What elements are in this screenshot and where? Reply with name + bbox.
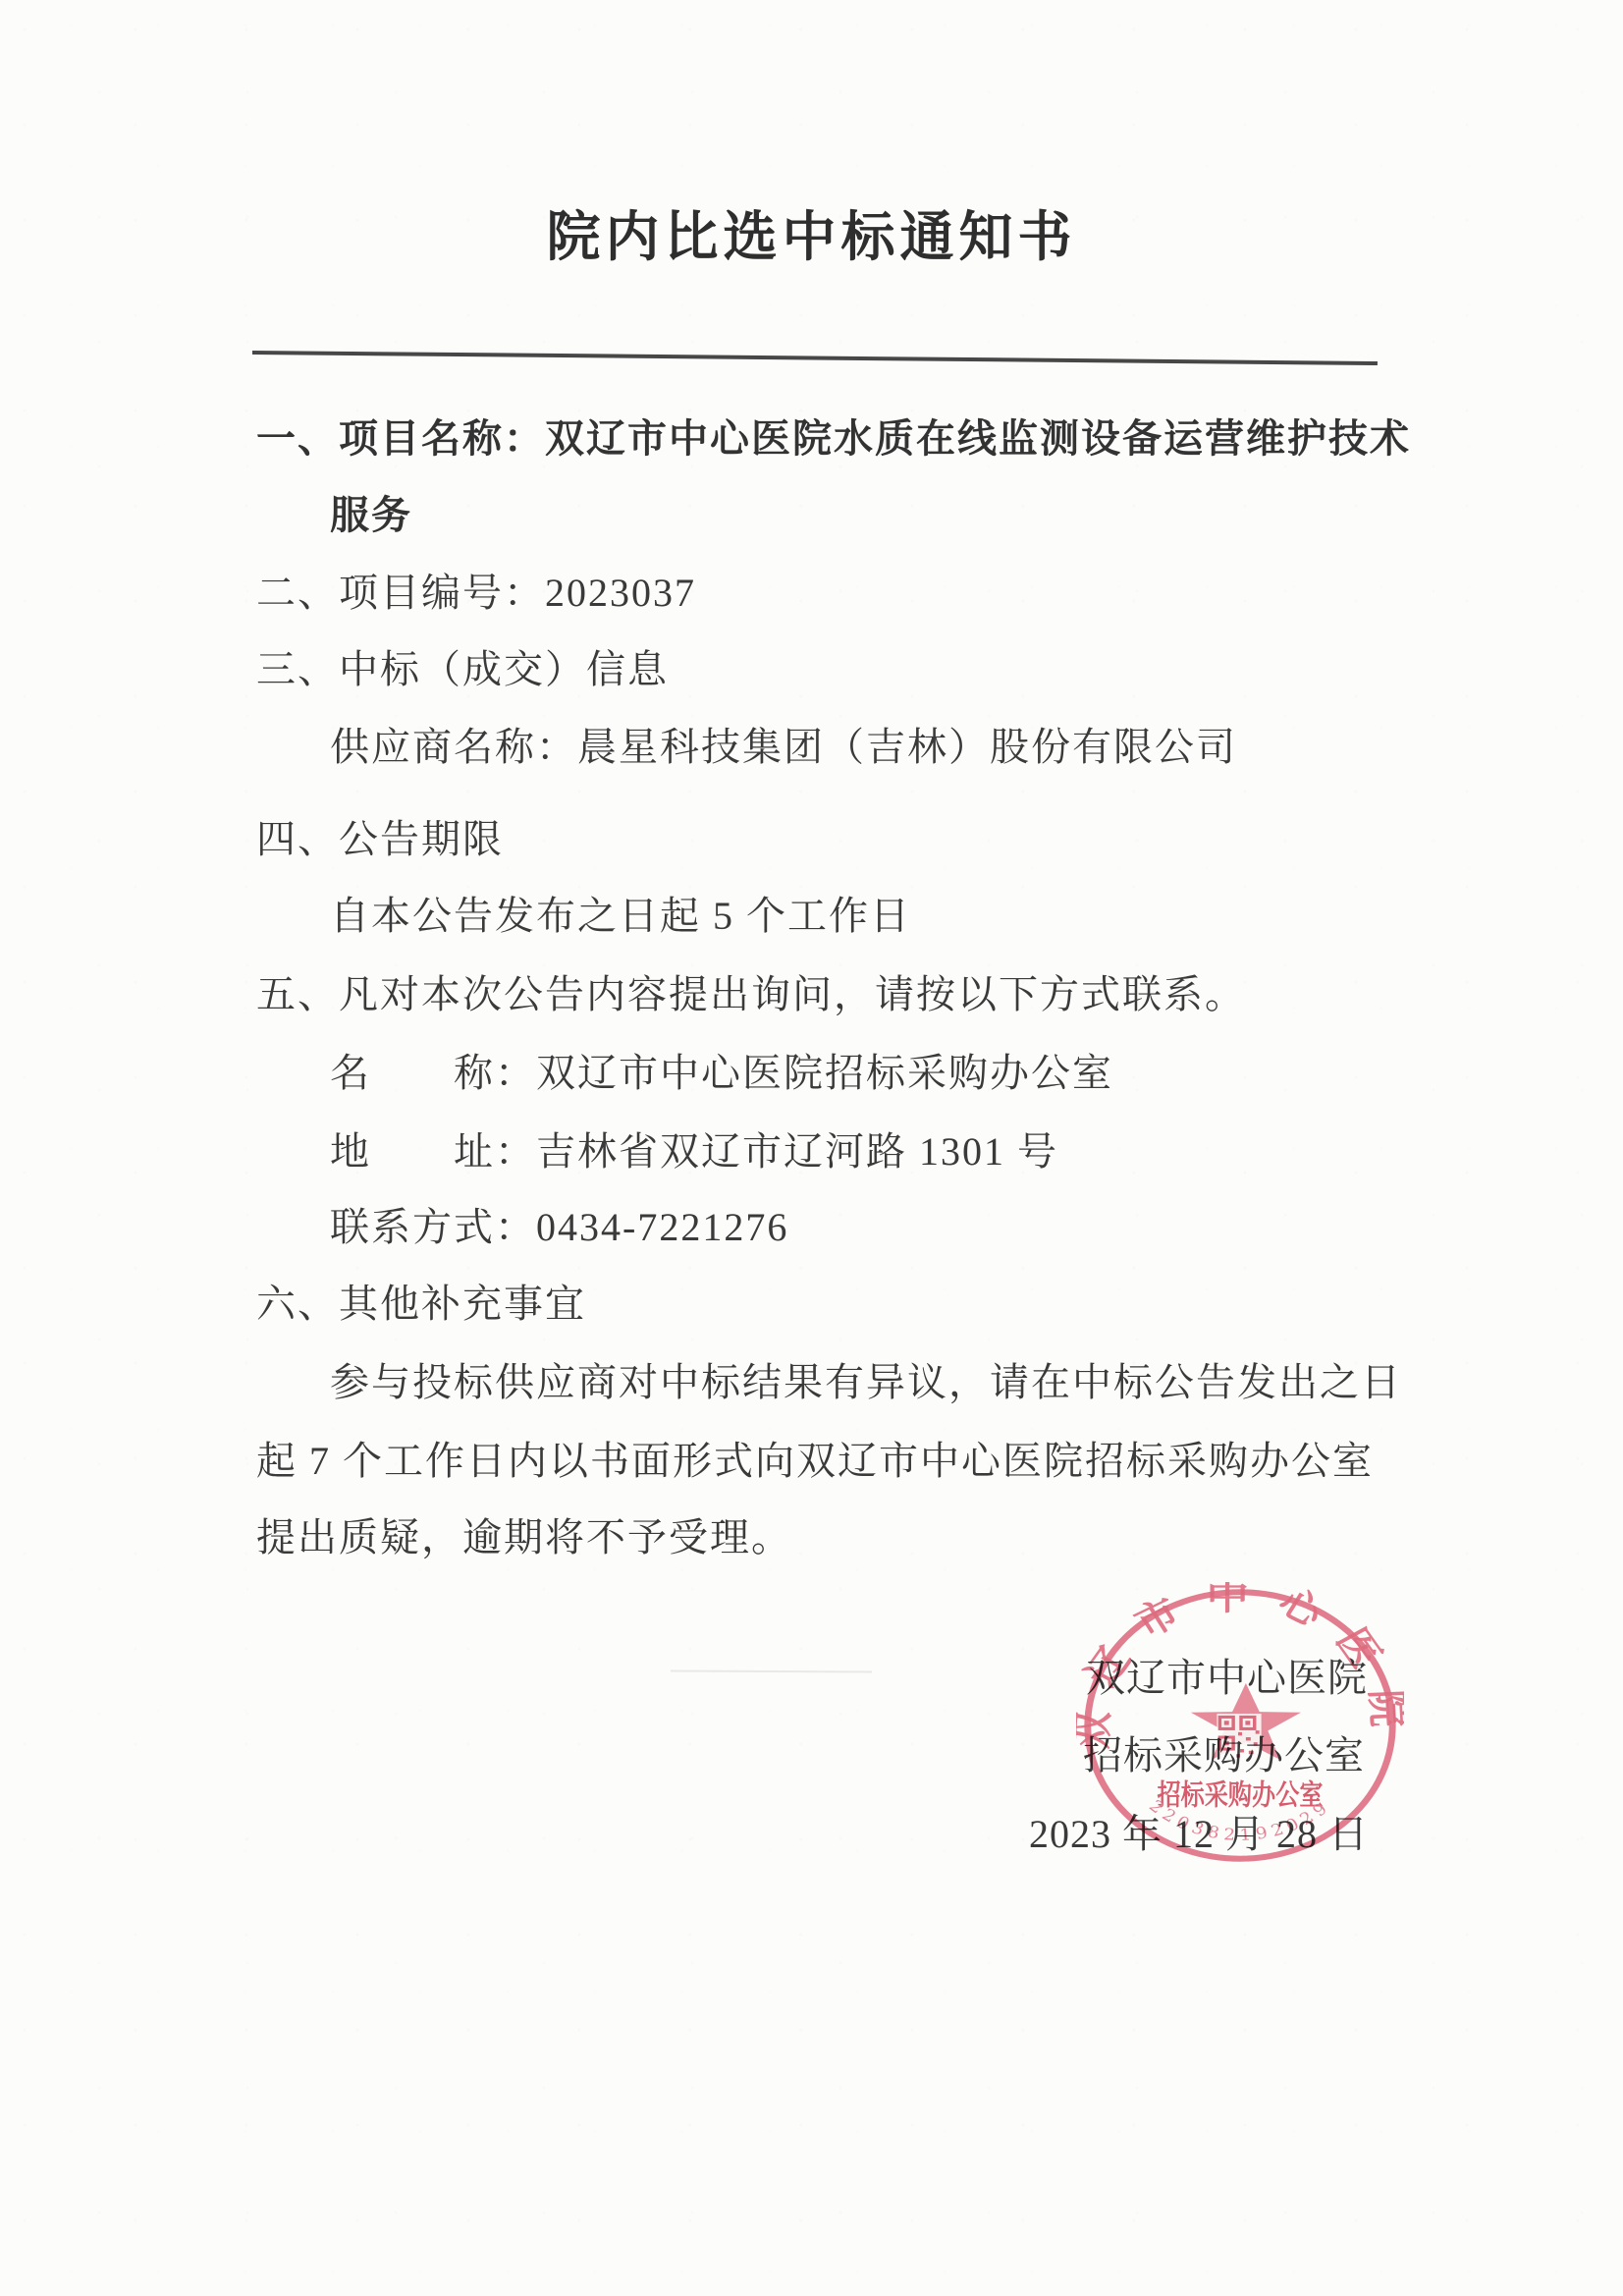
body-line: 二、项目编号：2023037: [256, 571, 696, 616]
body-line: 联系方式：0434-7221276: [330, 1205, 788, 1250]
body-line: 参与投标供应商对中标结果有异议，请在中标公告发出之日: [330, 1360, 1402, 1405]
body-line: 五、凡对本次公告内容提出询问，请按以下方式联系。: [256, 972, 1246, 1017]
document-title: 院内比选中标通知书: [0, 193, 1623, 271]
body-line: 名 称：双辽市中心医院招标采购办公室: [330, 1051, 1113, 1096]
official-seal-stamp: 双辽市中心医院 招标采购办公室 220382192029: [1076, 1582, 1404, 1869]
body-line: 自本公告发布之日起 5 个工作日: [330, 894, 911, 939]
scan-artifact-line: [671, 1669, 872, 1672]
body-line: 六、其他补充事宜: [256, 1282, 586, 1327]
body-line: 一、项目名称：双辽市中心医院水质在线监测设备运营维护技术: [256, 416, 1411, 462]
body-line: 供应商名称：晨星科技集团（吉林）股份有限公司: [330, 725, 1237, 770]
body-line: 四、公告期限: [256, 817, 504, 862]
seal-center-text: 招标采购办公室: [1158, 1779, 1324, 1812]
title-divider: [252, 351, 1378, 365]
body-line: 起 7 个工作日内以书面形式向双辽市中心医院招标采购办公室: [256, 1439, 1374, 1484]
document-page: 院内比选中标通知书 一、项目名称：双辽市中心医院水质在线监测设备运营维护技术 服…: [0, 0, 1623, 2296]
qr-code-icon: [1217, 1714, 1261, 1759]
body-line: 地 址：吉林省双辽市辽河路 1301 号: [330, 1129, 1058, 1175]
body-line: 提出质疑，逾期将不予受理。: [256, 1515, 792, 1560]
body-line: 服务: [330, 493, 412, 538]
body-line: 三、中标（成交）信息: [256, 647, 669, 692]
